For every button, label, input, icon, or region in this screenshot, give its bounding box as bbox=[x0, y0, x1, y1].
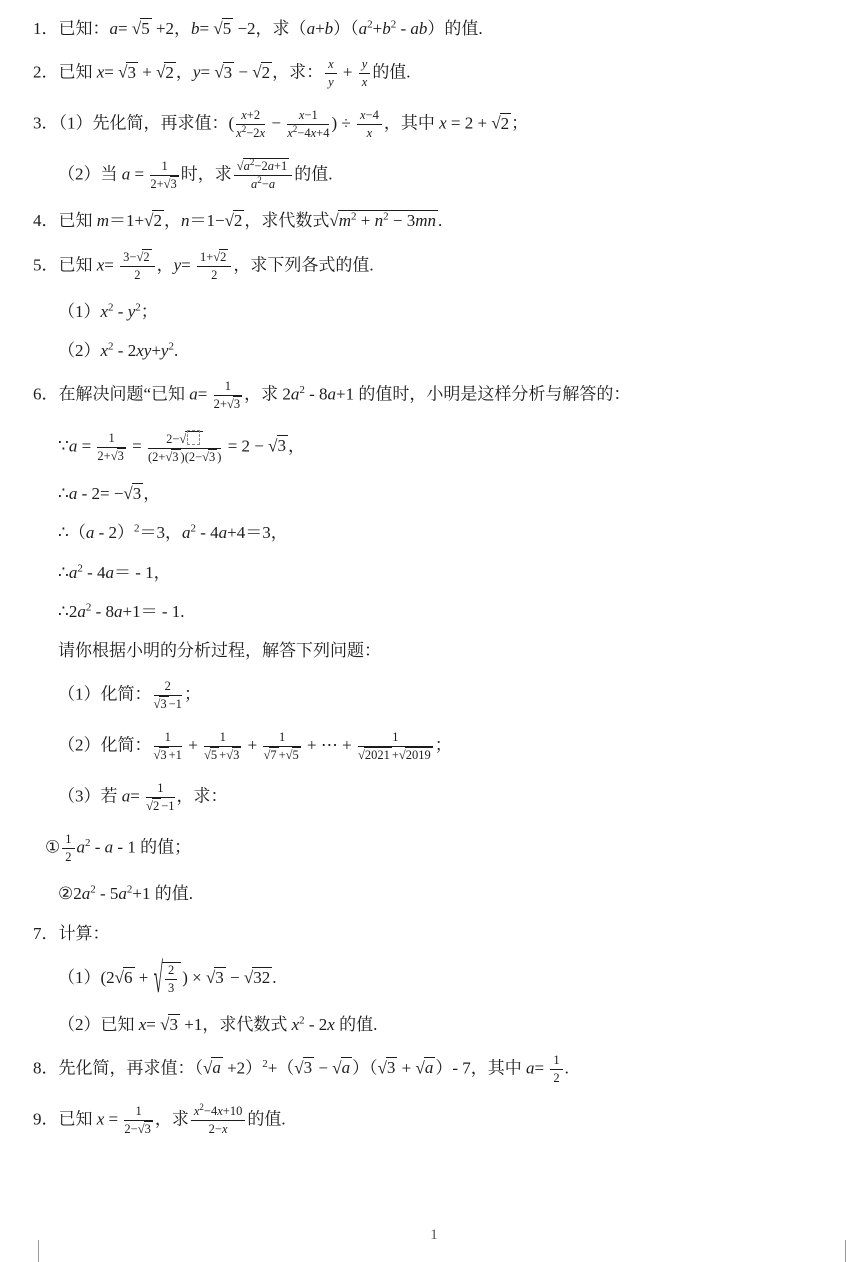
radicand: a bbox=[211, 1057, 223, 1077]
text-run: + bbox=[184, 736, 202, 755]
text-run: +1 bbox=[169, 748, 182, 762]
math-variable: a bbox=[122, 787, 131, 806]
text-run: 6 bbox=[124, 968, 133, 987]
text-run: ，求代数式 bbox=[244, 211, 329, 230]
document-line: （1）x2 - y2； bbox=[58, 301, 868, 322]
text-run: - 4 bbox=[196, 523, 219, 542]
math-variable: mn bbox=[415, 211, 436, 230]
fraction-denominator: √2021+√2019 bbox=[358, 747, 433, 763]
document-line: 1．已知：a= √5 +2，b= √5 −2，求（a+b）（a2+b2 - ab… bbox=[33, 18, 868, 39]
fraction-numerator: 1 bbox=[550, 1053, 562, 1070]
document-line: （2）x2 - 2xy+y2. bbox=[58, 340, 868, 361]
radical: √5 bbox=[204, 747, 219, 762]
radical-sign: √ bbox=[123, 484, 131, 503]
text-run: - 2） bbox=[94, 523, 134, 542]
radical: √3 bbox=[138, 1121, 153, 1136]
text-run: - 5 bbox=[96, 884, 119, 903]
text-run: （2）当 bbox=[58, 165, 122, 184]
text-run: 5 bbox=[141, 19, 150, 38]
fraction: √a2−2a+1a2−a bbox=[234, 159, 293, 192]
radicand: 2 bbox=[152, 798, 161, 813]
radicand: 3 bbox=[214, 967, 226, 987]
radical-sign: √ bbox=[252, 63, 260, 82]
radicand: 2021 bbox=[364, 747, 392, 762]
document-line: 请你根据小明的分析过程，解答下列问题： bbox=[58, 640, 868, 661]
radicand: a2−2a+1 bbox=[243, 158, 290, 173]
math-variable: a bbox=[219, 523, 228, 542]
fraction-denominator: 2+√3 bbox=[214, 396, 242, 412]
math-variable: x bbox=[439, 114, 447, 133]
math-variable: a bbox=[359, 19, 368, 38]
math-variable: x bbox=[260, 126, 266, 140]
radical-sign: √ bbox=[332, 1058, 340, 1077]
fraction-denominator: √2−1 bbox=[146, 798, 174, 814]
text-run: 2 bbox=[165, 679, 171, 693]
blank-box bbox=[187, 430, 200, 445]
radicand: 5 bbox=[210, 747, 219, 762]
radical: √a bbox=[332, 1057, 352, 1077]
crop-mark-right bbox=[845, 1240, 846, 1262]
text-run: 3 bbox=[209, 450, 215, 464]
text-run: 1 bbox=[109, 431, 115, 445]
text-run: ）的值. bbox=[427, 19, 482, 38]
radical: √3 bbox=[154, 696, 169, 711]
text-run: 2019 bbox=[406, 748, 431, 762]
fraction-numerator: 1 bbox=[146, 781, 174, 798]
text-run: +10 bbox=[223, 1104, 243, 1118]
text-run: = 2 + bbox=[447, 114, 492, 133]
text-run: 2．已知 bbox=[33, 63, 97, 82]
math-variable: xy bbox=[136, 341, 151, 360]
radical-sign: √ bbox=[329, 211, 337, 230]
text-run: = bbox=[130, 165, 148, 184]
radicand: 3 bbox=[159, 747, 168, 762]
text-run: 2− bbox=[124, 1122, 137, 1136]
fraction-denominator: a2−a bbox=[234, 176, 293, 192]
text-run: + bbox=[243, 736, 261, 755]
math-variable: ab bbox=[410, 19, 427, 38]
fraction-numerator: 1 bbox=[97, 431, 125, 448]
text-run: 3 bbox=[160, 748, 166, 762]
math-variable: x bbox=[367, 126, 373, 140]
text-run: + bbox=[392, 748, 399, 762]
radicand: 5 bbox=[292, 747, 301, 762]
text-run: 1 bbox=[225, 379, 231, 393]
text-run: = bbox=[104, 1109, 122, 1128]
radical-sign: √ bbox=[214, 63, 222, 82]
document-line: 2．已知 x= √3 + √2，y= √3 − √2，求：xy + yx的值. bbox=[33, 57, 868, 90]
radical: √6 bbox=[115, 967, 135, 987]
text-run: ； bbox=[184, 685, 201, 704]
text-run: 1 bbox=[220, 730, 226, 744]
radical: √3 bbox=[111, 448, 126, 463]
text-run: 3 bbox=[118, 449, 124, 463]
text-run: = bbox=[146, 1015, 160, 1034]
text-run: 的值. bbox=[294, 165, 332, 184]
radicand: 2 bbox=[261, 62, 273, 82]
math-variable: a bbox=[82, 884, 91, 903]
radical: √3 bbox=[165, 449, 180, 464]
radical: √a bbox=[416, 1057, 436, 1077]
fraction-denominator: x bbox=[359, 74, 371, 90]
text-run: = bbox=[535, 1058, 549, 1077]
text-run: 2 bbox=[211, 268, 217, 282]
radical-sign: √ bbox=[294, 1058, 302, 1077]
text-run: 3 bbox=[172, 450, 178, 464]
text-run: = bbox=[77, 436, 95, 455]
fraction: 12+√3 bbox=[97, 431, 125, 464]
text-run: − bbox=[267, 114, 285, 133]
text-run: 2 bbox=[65, 850, 71, 864]
text-run: - 2= − bbox=[77, 484, 123, 503]
radicand: 3 bbox=[132, 483, 144, 503]
text-run: ，求 2 bbox=[244, 384, 291, 403]
fraction-denominator: x bbox=[357, 125, 382, 141]
radical-sign: √ bbox=[358, 748, 364, 762]
fraction: 12 bbox=[62, 832, 74, 865]
math-variable: a bbox=[106, 563, 115, 582]
text-run: −4 bbox=[297, 126, 310, 140]
document-line: 6．在解决问题“已知 a= 12+√3，求 2a2 - 8a+1 的值时，小明是… bbox=[33, 379, 868, 412]
text-run: +4 bbox=[316, 126, 329, 140]
text-run: 的值. bbox=[335, 1015, 378, 1034]
text-run: = bbox=[118, 19, 132, 38]
fraction-denominator: 2−x bbox=[191, 1121, 246, 1137]
fraction-numerator: √a2−2a+1 bbox=[234, 159, 293, 176]
radicand: 3 bbox=[126, 62, 138, 82]
text-run: + bbox=[279, 748, 286, 762]
fraction: 12+√3 bbox=[150, 159, 178, 192]
radical: √a bbox=[203, 1057, 223, 1077]
text-run: 1+ bbox=[200, 250, 213, 264]
text-run: - 2 bbox=[305, 1015, 328, 1034]
text-run: − bbox=[226, 968, 244, 987]
text-run: 3 bbox=[145, 1122, 151, 1136]
radicand: m2 + n2 − 3mn bbox=[338, 210, 438, 230]
radicand: 3 bbox=[233, 396, 242, 411]
text-run: = bbox=[200, 19, 214, 38]
radicand: 2 bbox=[500, 113, 512, 133]
text-run: 3 bbox=[278, 436, 287, 455]
fraction-numerator: 2 bbox=[165, 963, 177, 980]
text-run: −1 bbox=[169, 697, 182, 711]
radical: √7 bbox=[263, 747, 278, 762]
fraction-numerator: x+2 bbox=[236, 108, 265, 125]
document-line: ∴（a - 2）2＝3，a2 - 4a+4＝3， bbox=[58, 522, 868, 543]
text-run: + bbox=[397, 1058, 415, 1077]
radicand: 2 bbox=[219, 249, 228, 264]
text-run: 7．计算： bbox=[33, 924, 110, 943]
text-run: 2 bbox=[262, 63, 271, 82]
text-run: ； bbox=[435, 736, 452, 755]
document-line: ∴a2 - 4a＝ - 1， bbox=[58, 562, 868, 583]
text-run: ，求下列各式的值. bbox=[233, 255, 373, 274]
fraction-numerator: x−4 bbox=[357, 108, 382, 125]
radical-sign: √ bbox=[227, 397, 233, 411]
text-run: ) × bbox=[182, 968, 206, 987]
fraction-numerator: 1 bbox=[214, 379, 242, 396]
fraction: xy bbox=[325, 57, 337, 90]
text-run: +2） bbox=[223, 1058, 262, 1077]
text-run: 2− bbox=[166, 432, 179, 446]
fraction-numerator: 1 bbox=[204, 730, 241, 747]
math-variable: y bbox=[174, 255, 182, 274]
text-run: +（ bbox=[268, 1058, 295, 1077]
fraction-numerator: 1 bbox=[124, 1104, 152, 1121]
text-run: 5 bbox=[293, 748, 299, 762]
fraction-denominator: (2+√3)(2−√3) bbox=[148, 449, 222, 465]
text-run: 3 bbox=[304, 1058, 313, 1077]
text-run: + bbox=[373, 19, 383, 38]
text-run: ，其中 bbox=[384, 114, 439, 133]
radicand: 3 bbox=[117, 448, 126, 463]
text-run: 时，求 bbox=[181, 165, 232, 184]
text-run: −1 bbox=[161, 799, 174, 813]
text-run: 2+ bbox=[214, 397, 227, 411]
radical: √3 bbox=[294, 1057, 314, 1077]
fraction-numerator: 2 bbox=[154, 679, 182, 696]
radical: √5 bbox=[213, 18, 233, 38]
document-line: ②2a2 - 5a2+1 的值. bbox=[58, 883, 868, 904]
fraction: 1√2−1 bbox=[146, 781, 174, 814]
radical: √3 bbox=[154, 747, 169, 762]
radical-sign: √ bbox=[213, 19, 221, 38]
math-variable: a bbox=[105, 838, 114, 857]
text-run: （1）(2 bbox=[58, 968, 115, 987]
radical-sign: √ bbox=[416, 1058, 424, 1077]
radical: √2 bbox=[252, 62, 272, 82]
text-run: ， bbox=[288, 436, 305, 455]
text-run: 7 bbox=[270, 748, 276, 762]
text-run: +2 bbox=[247, 108, 260, 122]
fraction: 2√3−1 bbox=[154, 679, 182, 712]
radical: √5 bbox=[132, 18, 152, 38]
fraction-numerator: 1 bbox=[154, 730, 182, 747]
radical: √3 bbox=[160, 1014, 180, 1034]
radicand: 3 bbox=[223, 62, 235, 82]
math-variable: x bbox=[292, 1015, 300, 1034]
fraction-numerator: 3−√2 bbox=[120, 250, 154, 267]
text-run: +1，求代数式 bbox=[180, 1015, 292, 1034]
document-page: { "footer": { "page_number": "1" }, "lin… bbox=[0, 0, 868, 1262]
fraction-numerator: x2−4x+10 bbox=[191, 1104, 246, 1121]
math-variable: n bbox=[375, 211, 384, 230]
text-run: = bbox=[104, 63, 118, 82]
fraction-denominator: x2−4x+4 bbox=[287, 125, 329, 141]
text-run: 9．已知 bbox=[33, 1109, 97, 1128]
text-run: - 8 bbox=[91, 602, 114, 621]
text-run: (2+ bbox=[148, 450, 165, 464]
text-run: （2） bbox=[58, 341, 101, 360]
document-line: ∴2a2 - 8a+1＝ - 1. bbox=[58, 601, 868, 622]
math-variable: x bbox=[328, 57, 334, 71]
radical: √5 bbox=[286, 747, 301, 762]
fraction: 1√3+1 bbox=[154, 730, 182, 763]
fraction-numerator: 1 bbox=[62, 832, 74, 849]
document-line: （1）化简：2√3−1； bbox=[58, 679, 868, 712]
fraction-denominator: 2+√3 bbox=[150, 176, 178, 192]
radicand: 3 bbox=[171, 449, 180, 464]
math-variable: a bbox=[110, 19, 119, 38]
document-line: ①12a2 - a - 1 的值； bbox=[45, 832, 868, 865]
text-run: −2，求（ bbox=[233, 19, 306, 38]
text-run: ＝ - 1， bbox=[114, 563, 171, 582]
fraction: 12 bbox=[550, 1053, 562, 1086]
text-run: （1）化简： bbox=[58, 685, 152, 704]
radical: √23 bbox=[154, 962, 182, 996]
document-line: （1）(2√6 + √23) × √3 − √32. bbox=[58, 962, 868, 996]
radicand: 2019 bbox=[405, 747, 433, 762]
math-variable: a bbox=[122, 165, 131, 184]
math-variable: x bbox=[101, 341, 109, 360]
math-variable: a bbox=[118, 884, 127, 903]
math-variable: m bbox=[339, 211, 351, 230]
radical: √3 bbox=[214, 62, 234, 82]
text-run: 3 bbox=[387, 1058, 396, 1077]
radicand: 2 bbox=[142, 249, 151, 264]
fraction-numerator: 1 bbox=[150, 159, 178, 176]
fraction-denominator: 2−√3 bbox=[124, 1121, 152, 1137]
text-run: 2 bbox=[153, 799, 159, 813]
fraction-denominator: 2 bbox=[62, 849, 74, 865]
text-run: ）（ bbox=[333, 19, 359, 38]
document-line: ∵a = 12+√3 = 2−√(2+√3)(2−√3) = 2 − √3， bbox=[58, 430, 868, 465]
text-run: ； bbox=[141, 302, 158, 321]
document-line: 8．先化简，再求值：（√a +2）2+（√3 − √a）（√3 + √a）- 7… bbox=[33, 1053, 868, 1086]
radicand bbox=[185, 431, 203, 446]
text-run: 请你根据小明的分析过程，解答下列问题： bbox=[58, 641, 381, 660]
radical: √3 bbox=[123, 483, 143, 503]
radicand: 3 bbox=[144, 1121, 153, 1136]
fraction-denominator: 2+√3 bbox=[97, 448, 125, 464]
text-run: ， bbox=[176, 63, 193, 82]
math-variable: b bbox=[191, 19, 200, 38]
math-variable: a bbox=[212, 1058, 221, 1077]
text-run: 3 bbox=[234, 397, 240, 411]
text-run: ，求： bbox=[272, 63, 323, 82]
fraction: x−4x bbox=[357, 108, 382, 141]
text-run: ②2 bbox=[58, 884, 82, 903]
fraction: x−1x2−4x+4 bbox=[287, 108, 329, 141]
text-run: 1 bbox=[392, 730, 398, 744]
radical: √3 bbox=[202, 449, 217, 464]
text-run: = bbox=[200, 63, 214, 82]
text-run: 3 bbox=[215, 968, 224, 987]
text-run: = bbox=[130, 787, 144, 806]
math-variable: b bbox=[325, 19, 334, 38]
page-number: 1 bbox=[0, 1227, 868, 1244]
text-run: + bbox=[135, 968, 153, 987]
radicand: 3 bbox=[386, 1057, 398, 1077]
radicand: 2 bbox=[164, 62, 176, 82]
text-run: - 8 bbox=[305, 384, 328, 403]
text-run: 3．（1）先化简，再求值：( bbox=[33, 114, 234, 133]
fraction-numerator: x−1 bbox=[287, 108, 329, 125]
text-run: − bbox=[234, 63, 252, 82]
text-run: = bbox=[198, 384, 212, 403]
text-run: ， bbox=[143, 484, 160, 503]
math-variable: a bbox=[182, 523, 191, 542]
text-run: - 1 的值； bbox=[113, 838, 191, 857]
text-run: 3 bbox=[171, 177, 177, 191]
document-line: 4．已知 m＝1+√2，n＝1−√2，求代数式√m2 + n2 − 3mn. bbox=[33, 210, 868, 231]
text-run: （3）若 bbox=[58, 787, 122, 806]
text-run: +2， bbox=[152, 19, 191, 38]
radical-sign: √ bbox=[491, 114, 499, 133]
math-variable: a bbox=[307, 19, 316, 38]
text-run: 1 bbox=[161, 159, 167, 173]
fraction-numerator: 1 bbox=[263, 730, 300, 747]
radicand: 3 bbox=[277, 435, 289, 455]
text-run: 2 bbox=[134, 268, 140, 282]
document-line: 9．已知 x = 12−√3，求x2−4x+102−x的值. bbox=[33, 1104, 868, 1137]
fraction: 1+√22 bbox=[197, 250, 231, 283]
radical-sign: √ bbox=[138, 1122, 144, 1136]
radicand: a bbox=[341, 1057, 353, 1077]
text-run: 3 bbox=[233, 748, 239, 762]
text-run: （2）已知 bbox=[58, 1015, 139, 1034]
radical: √2 bbox=[146, 798, 161, 813]
text-run: 2021 bbox=[365, 748, 390, 762]
document-line: （2）当 a = 12+√3时，求√a2−2a+1a2−a的值. bbox=[58, 159, 868, 192]
text-run: 的值. bbox=[372, 63, 410, 82]
text-run: ， bbox=[157, 255, 174, 274]
radical: √3 bbox=[226, 747, 241, 762]
text-run: − 3 bbox=[389, 211, 416, 230]
math-variable: a bbox=[77, 602, 86, 621]
radicand: 2 bbox=[233, 210, 245, 230]
text-run: 2 bbox=[153, 211, 162, 230]
text-run: )(2− bbox=[181, 450, 203, 464]
text-run: = bbox=[181, 255, 195, 274]
text-run: 4．已知 bbox=[33, 211, 97, 230]
text-run: ) ÷ bbox=[331, 114, 355, 133]
math-variable: a bbox=[342, 1058, 351, 1077]
text-run: ＝3， bbox=[140, 523, 183, 542]
radicand: 5 bbox=[222, 18, 234, 38]
text-run: 1 bbox=[135, 1104, 141, 1118]
document-line: （3）若 a= 1√2−1，求： bbox=[58, 781, 868, 814]
fraction-denominator: √3−1 bbox=[154, 696, 182, 712]
radical-sign: √ bbox=[286, 748, 292, 762]
radical: √2 bbox=[144, 210, 164, 230]
fraction-numerator: 1 bbox=[358, 730, 433, 747]
text-run: ）- 7，其中 bbox=[435, 1058, 526, 1077]
radical: √3 bbox=[164, 176, 179, 191]
text-run: 2+ bbox=[97, 449, 110, 463]
fraction: 12−√3 bbox=[124, 1104, 152, 1137]
radical-sign: √ bbox=[164, 177, 170, 191]
radical: √2021 bbox=[358, 747, 392, 762]
document-line: 3．（1）先化简，再求值：(x+2x2−2x − x−1x2−4x+4) ÷ x… bbox=[33, 108, 868, 141]
fraction: 1√2021+√2019 bbox=[358, 730, 433, 763]
text-run: - 4 bbox=[83, 563, 106, 582]
document-line: ∴a - 2= −√3， bbox=[58, 483, 868, 504]
text-run: + bbox=[138, 63, 156, 82]
radical-sign: √ bbox=[154, 952, 162, 1005]
fraction-numerator: 1+√2 bbox=[197, 250, 231, 267]
fraction-denominator: x2−2x bbox=[236, 125, 265, 141]
text-run: 8．先化简，再求值：（ bbox=[33, 1058, 203, 1077]
text-run: = bbox=[104, 255, 118, 274]
radicand: 3 bbox=[208, 449, 217, 464]
text-run: = 2 − bbox=[223, 436, 268, 455]
fraction: 23 bbox=[165, 963, 177, 996]
text-run: （2）化简： bbox=[58, 736, 152, 755]
text-run: ； bbox=[511, 114, 528, 133]
text-run: ＝1+ bbox=[109, 211, 144, 230]
math-variable: a bbox=[526, 1058, 535, 1077]
